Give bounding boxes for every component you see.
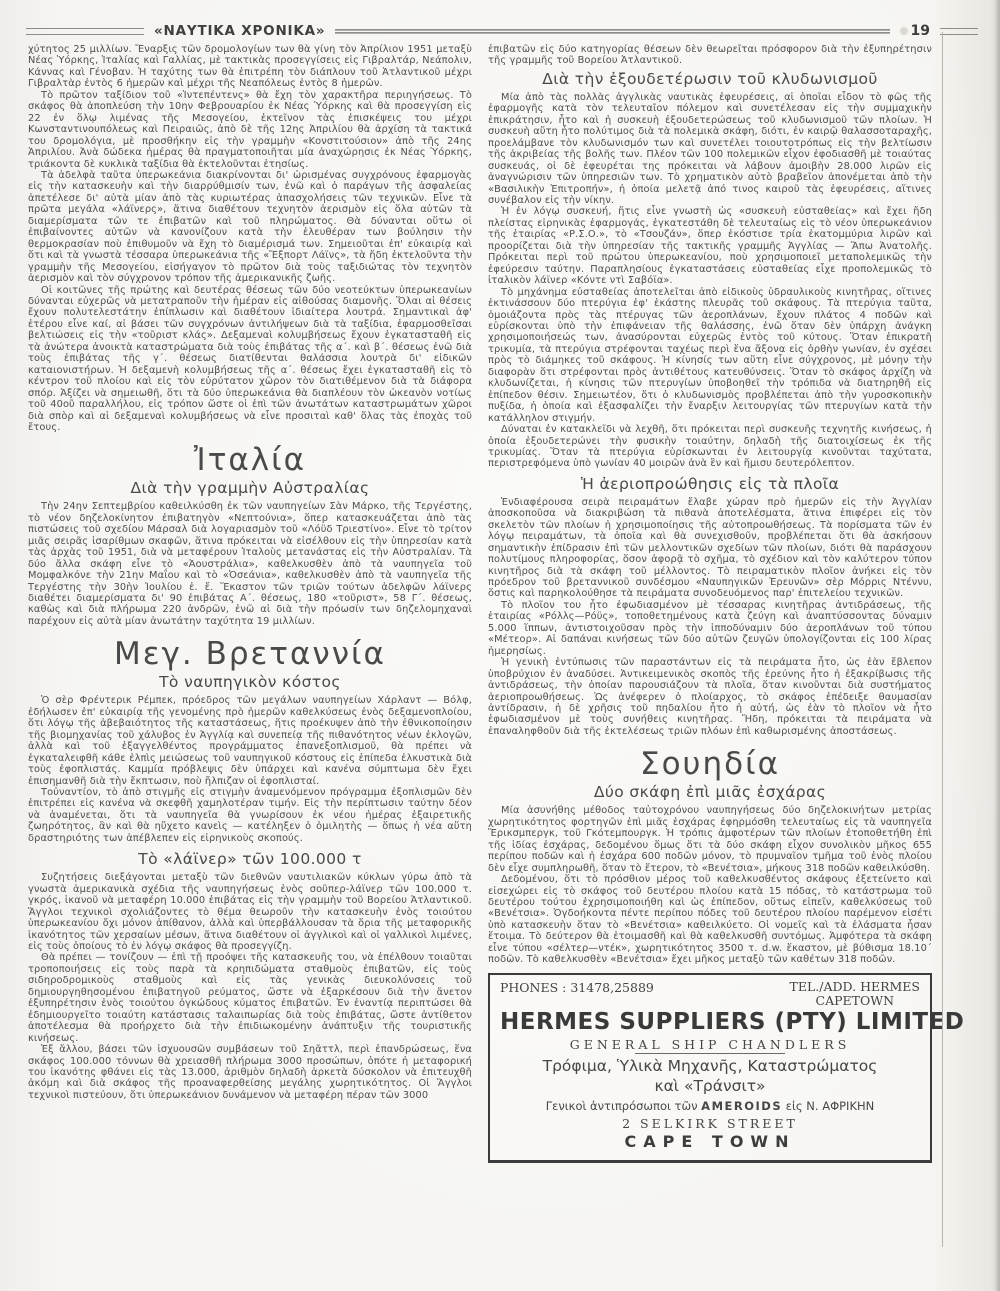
paragraph: Ὁ σὲρ Φρέντερικ Ρέμπεκ, πρόεδρος τῶν μεγ… — [28, 695, 472, 787]
page-edge-line — [942, 32, 943, 1247]
masthead-title: «ΝΑΥΤΙΚΑ ΧΡΟΝΙΚΑ» — [154, 23, 325, 39]
header-rule-long — [335, 29, 889, 34]
ad-contact-row: PHONES : 31478,25889 TEL./ADD. HERMES CA… — [500, 980, 920, 1009]
paragraph: Δύναται ἐν κατακλεῖδι νὰ λεχθῆ, ὅτι πρόκ… — [488, 424, 932, 470]
section-heading-italy: Ἰταλία — [28, 442, 472, 478]
paragraph: Ἡ γενικὴ ἐντύπωσις τῶν παραστάντων εἰς τ… — [488, 657, 932, 737]
ad-brand-ameroids: AMEROIDS — [701, 1099, 782, 1113]
subheading-100000t-liner: Τὸ «λάϊνερ» τῶν 100.000 τ — [28, 850, 472, 868]
ad-street-address: 2 SELKIRK STREET — [500, 1116, 920, 1131]
ad-subtitle-underline — [635, 1053, 785, 1054]
page-header: «ΝΑΥΤΙΚΑ ΧΡΟΝΙΚΑ» 19 — [26, 22, 978, 40]
paragraph: Τὰ ἀδελφὰ ταῦτα ὑπερωκεάνια διακρίνονται… — [28, 170, 472, 285]
page-edge-shadow — [994, 0, 1000, 1291]
paragraph: Ἡ ἐν λόγῳ συσκευή, ἥτις εἶνε γνωστὴ ὡς «… — [488, 206, 932, 286]
section-heading-sweden: Σουηδία — [488, 746, 932, 782]
subheading-shipbuilding-cost: Τὸ ναυπηγικὸν κόστος — [28, 673, 472, 691]
columns: χύτητος 25 μιλλίων. Ἔναρξις τῶν δρομολογ… — [28, 44, 932, 1163]
paragraph: Μία ἀπὸ τὰς πολλὰς ἀγγλικὰς ναυτικὰς ἐφε… — [488, 92, 932, 207]
subheading-australia-line: Διὰ τὴν γραμμὴν Αὐστραλίας — [28, 479, 472, 497]
ad-agents-prefix: Γενικοὶ ἀντιπρόσωποι τῶν — [546, 1099, 701, 1113]
paragraph: Ἐξ ἄλλου, βάσει τῶν ἰσχυουσῶν συμβάσεων … — [28, 1044, 472, 1101]
paragraph: Συζητήσεις διεξάγονται μεταξὺ τῶν διεθνῶ… — [28, 872, 472, 952]
ad-agents-line: Γενικοὶ ἀντιπρόσωποι τῶν AMEROIDS εἰς Ν.… — [500, 1099, 920, 1113]
subheading-roll-stabilizer: Διὰ τὴν ἐξουδετέρωσιν τοῦ κλυδωνισμοῦ — [488, 70, 932, 88]
ad-city: CAPE TOWN — [500, 1132, 920, 1151]
ad-tel-line2: CAPETOWN — [790, 994, 920, 1008]
ink-spot — [900, 27, 908, 35]
paragraph: Μία ἀσυνήθης μέθοδος ταὐτοχρόνου ναυπηγή… — [488, 805, 932, 874]
ad-telegraph-address: TEL./ADD. HERMES CAPETOWN — [790, 980, 920, 1009]
paragraph: χύτητος 25 μιλλίων. Ἔναρξις τῶν δρομολογ… — [28, 44, 472, 90]
ad-agents-suffix: εἰς Ν. ΑΦΡΙΚΗΝ — [782, 1099, 874, 1113]
paragraph: Δεδομένου, ὅτι τὸ πρόσθιον μέρος τοῦ καθ… — [488, 874, 932, 966]
header-rule-right — [940, 28, 978, 35]
paragraph: Οἱ κοιτῶνες τῆς πρώτης καὶ δευτέρας θέσε… — [28, 285, 472, 434]
header-rule-left — [26, 28, 144, 35]
paragraph: ἐπιβατῶν εἰς δύο κατηγορίας θέσεων δὲν θ… — [488, 44, 932, 67]
subheading-two-ships-one-slipway: Δύο σκάφη ἐπὶ μιᾶς ἐσχάρας — [488, 783, 932, 801]
hermes-suppliers-advertisement: PHONES : 31478,25889 TEL./ADD. HERMES CA… — [488, 973, 932, 1164]
paragraph: Τὴν 24ην Σεπτεμβρίου καθειλκύσθη ἐκ τῶν … — [28, 501, 472, 627]
ad-company-subtitle: GENERAL SHIP CHANDLERS — [500, 1037, 920, 1052]
ad-products-line2: καὶ «Τράνσιτ» — [500, 1077, 920, 1096]
ad-products-line1: Τρόφιμα, Ὑλικὰ Μηχανῆς, Καταστρώματος — [500, 1057, 920, 1076]
magazine-page: «ΝΑΥΤΙΚΑ ΧΡΟΝΙΚΑ» 19 χύτητος 25 μιλλίων.… — [0, 0, 1000, 1291]
left-column: χύτητος 25 μιλλίων. Ἔναρξις τῶν δρομολογ… — [28, 44, 472, 1163]
page-number-group: 19 — [900, 23, 930, 39]
paragraph: Θὰ πρέπει — τονίζουν — ἐπὶ τῇ προόψει τῆ… — [28, 952, 472, 1044]
paragraph: Τὸ μηχάνημα εὐσταθείας ἀποτελεῖται ἀπὸ ε… — [488, 287, 932, 424]
subheading-jet-propulsion: Ἡ ἀεριοπροώθησις εἰς τὰ πλοῖα — [488, 475, 932, 493]
page-number: 19 — [911, 23, 930, 39]
paragraph: Ἐνδιαφέρουσα σειρὰ πειραμάτων ἔλαβε χώρα… — [488, 497, 932, 600]
ad-phones: PHONES : 31478,25889 — [500, 980, 654, 995]
right-column: ἐπιβατῶν εἰς δύο κατηγορίας θέσεων δὲν θ… — [488, 44, 932, 1163]
paragraph: Τὸ πρῶτον ταξίδιον τοῦ «Ἰντεπέντενς» θὰ … — [28, 90, 472, 170]
paragraph: Τοὐναντίον, τὸ ἀπὸ στιγμῆς εἰς στιγμὴν ἀ… — [28, 787, 472, 844]
paragraph: Τὸ πλοῖον του ἦτο ἐφωδιασμένον μὲ τέσσαρ… — [488, 600, 932, 657]
section-heading-great-britain: Μεγ. Βρεταννία — [28, 636, 472, 672]
ad-company-name: HERMES SUPPLIERS (PTY) LIMITED — [500, 1009, 920, 1035]
ad-tel-line1: TEL./ADD. HERMES — [790, 980, 920, 994]
